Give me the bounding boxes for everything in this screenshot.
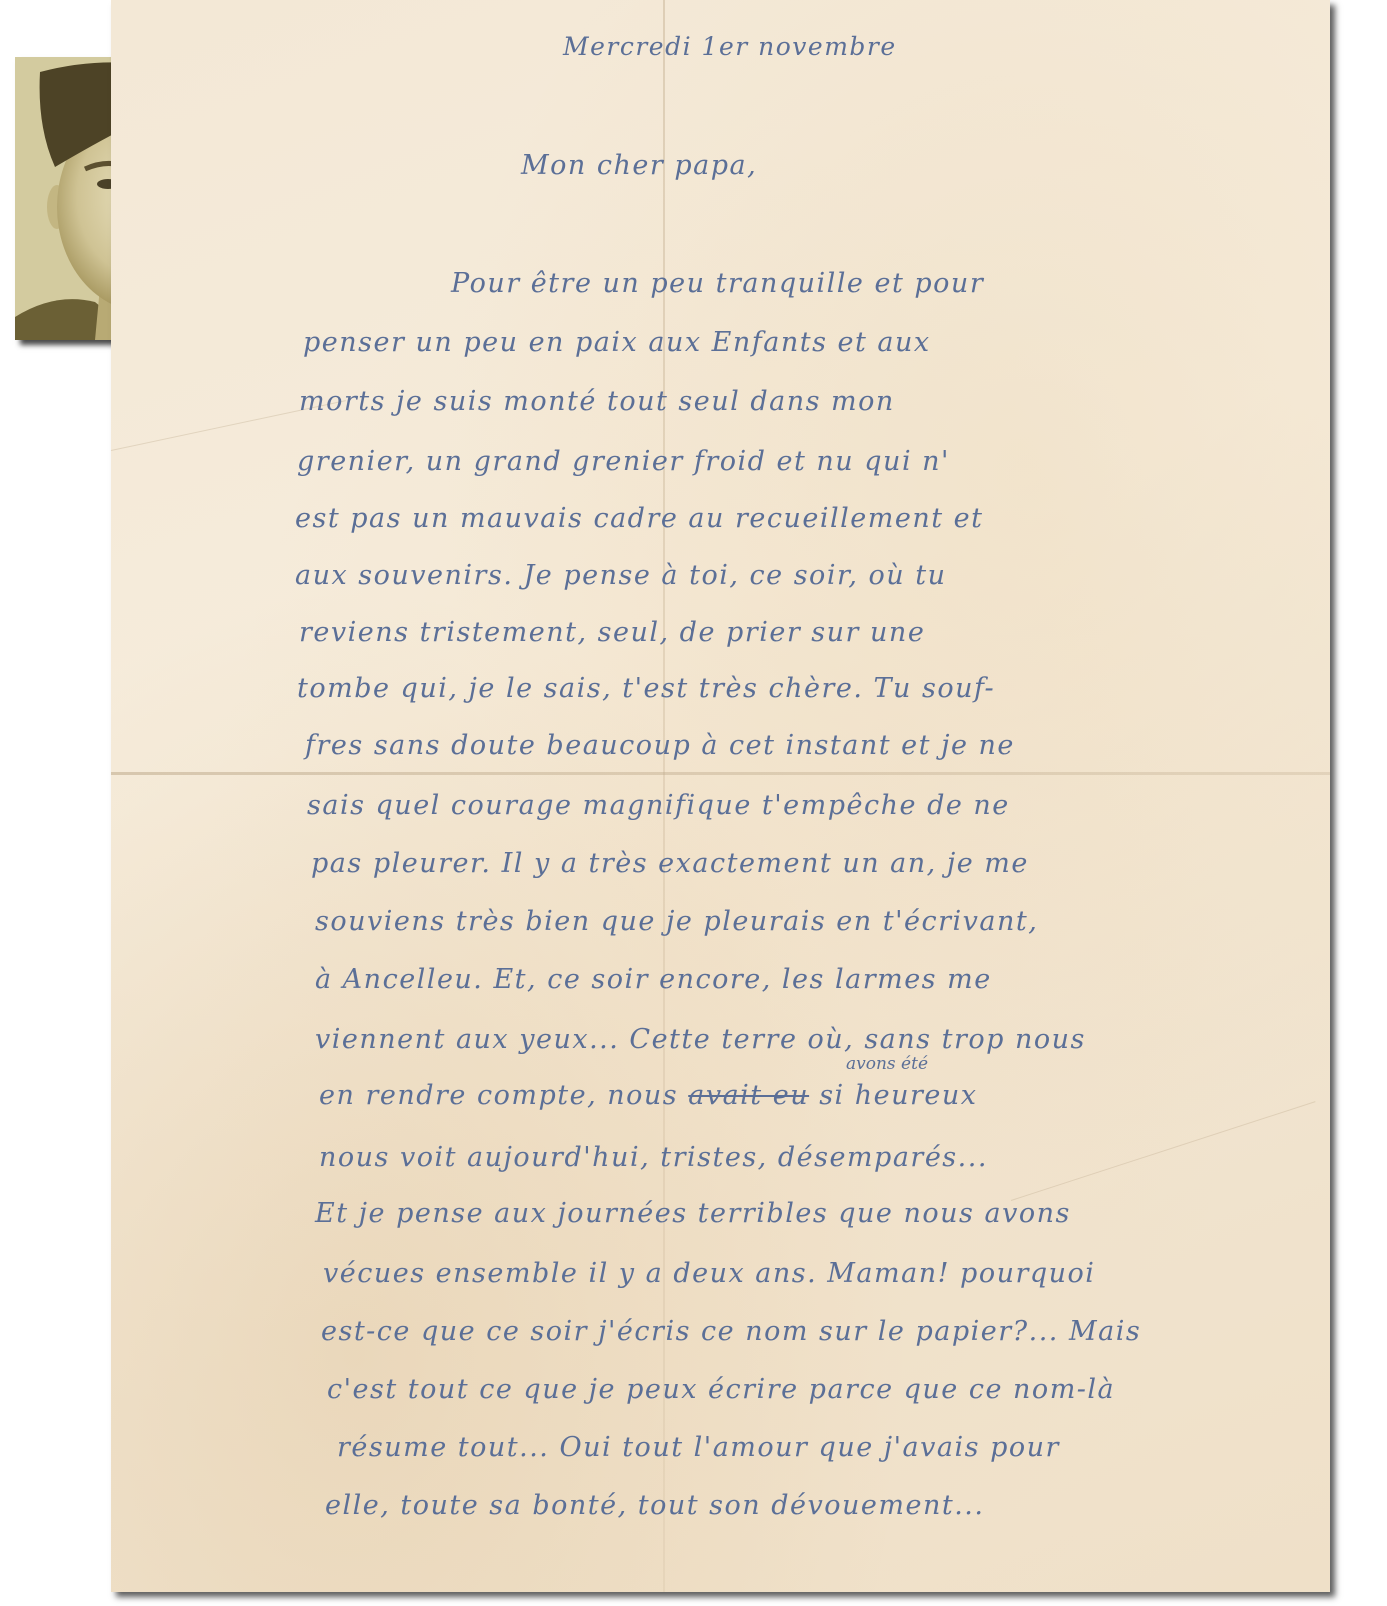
letter-line: tombe qui, je le sais, t'est très chère.… — [297, 673, 995, 704]
inserted-correction: avons été — [846, 1054, 928, 1074]
paper-fold-horizontal — [111, 772, 1330, 775]
letter-line-with-correction: en rendre compte, nous avait eu si heure… — [319, 1080, 978, 1111]
letter-line: fres sans doute beaucoup à cet instant e… — [305, 730, 1015, 761]
letter-line: morts je suis monté tout seul dans mon — [299, 386, 895, 417]
letter-line: reviens tristement, seul, de prier sur u… — [299, 617, 925, 648]
line-text-after: si heureux — [809, 1080, 977, 1111]
letter-line: pas pleurer. Il y a très exactement un a… — [311, 848, 1029, 879]
line-text-before: en rendre compte, nous — [319, 1080, 688, 1111]
letter-line: vécues ensemble il y a deux ans. Maman! … — [323, 1258, 1095, 1289]
handwritten-letter-page: Mercredi 1er novembre Mon cher papa, Pou… — [111, 0, 1330, 1592]
letter-line: est-ce que ce soir j'écris ce nom sur le… — [321, 1316, 1141, 1347]
letter-salutation: Mon cher papa, — [521, 150, 757, 181]
paper-crease — [1011, 1101, 1316, 1201]
letter-line: est pas un mauvais cadre au recueillemen… — [295, 503, 984, 534]
letter-line: résume tout... Oui tout l'amour que j'av… — [337, 1432, 1060, 1463]
letter-line: penser un peu en paix aux Enfants et aux — [303, 327, 931, 358]
letter-line: sais quel courage magnifique t'empêche d… — [307, 790, 1010, 821]
struck-text: avait eu — [688, 1080, 809, 1111]
letter-line: elle, toute sa bonté, tout son dévouemen… — [325, 1490, 984, 1521]
letter-line: Pour être un peu tranquille et pour — [451, 268, 984, 299]
letter-line: viennent aux yeux... Cette terre où, san… — [315, 1024, 1086, 1055]
letter-line: c'est tout ce que je peux écrire parce q… — [327, 1374, 1115, 1405]
letter-line: nous voit aujourd'hui, tristes, désempar… — [319, 1142, 988, 1173]
letter-date: Mercredi 1er novembre — [563, 32, 897, 61]
letter-line: Et je pense aux journées terribles que n… — [315, 1198, 1071, 1229]
letter-line: souviens très bien que je pleurais en t'… — [315, 906, 1038, 937]
letter-line: à Ancelleu. Et, ce soir encore, les larm… — [315, 964, 992, 995]
letter-line: grenier, un grand grenier froid et nu qu… — [297, 446, 950, 477]
letter-line: aux souvenirs. Je pense à toi, ce soir, … — [295, 560, 947, 591]
